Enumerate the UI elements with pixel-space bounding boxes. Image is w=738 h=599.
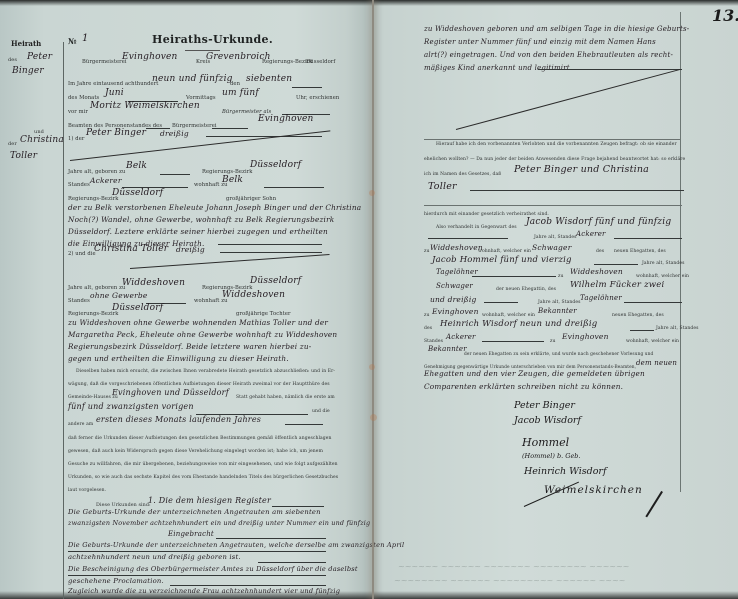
margin-heading: Heirath	[11, 39, 41, 48]
question-3: ich im Namen des Gesetzes, daß	[424, 172, 501, 177]
bride-value: Christina Toller	[94, 244, 168, 254]
witness4-relation: Bekannter	[428, 345, 467, 353]
margin-groom-prefix: des	[8, 57, 17, 63]
fill-line	[68, 551, 326, 552]
district-value: Grevenbroich	[206, 52, 271, 62]
year-label: Im Jahre eintausend achthundert	[68, 81, 158, 87]
fill-line	[472, 276, 556, 277]
procl-first-date: fünf und zwanzigsten vorigen	[68, 402, 194, 411]
witness1-spouse: neuen Ehegatten, des	[614, 249, 666, 254]
witness1-relation: Schwager	[532, 243, 572, 252]
witness3-spouse: neuen Ehegatten, des	[612, 313, 664, 318]
number-label: №	[68, 36, 77, 46]
official-value: Moritz Weimelskirchen	[90, 101, 200, 111]
bride-status-label: Standes	[68, 298, 90, 304]
fill-line	[624, 302, 682, 303]
fill-line	[594, 264, 638, 265]
time-value: um fünf	[222, 88, 259, 98]
bleed-through-text: ~~~~~~~~ ~~~~~~ ~~~~~~~~~ ~~~~~~ ~~~~	[394, 576, 625, 585]
fill-line	[272, 506, 324, 507]
bride-extra: dreißig	[176, 245, 205, 254]
couple-value-1: Peter Binger und Christina	[514, 164, 649, 175]
witness1-status: Ackerer	[576, 230, 606, 238]
municipality-label: Bürgermeisterei	[82, 59, 127, 65]
documents-item-6: Die Bescheinigung des Oberbürgermeister …	[68, 565, 358, 573]
closing-hand-3: Comparenten erklärten schreiben nicht zu…	[424, 382, 623, 391]
procl-6: daß ferner die Urkunden dieser Aufbietun…	[68, 436, 332, 441]
witness3-age: und dreißig	[430, 295, 476, 304]
fill-line	[424, 205, 682, 206]
fill-line	[212, 128, 248, 129]
day-value: siebenten	[246, 74, 292, 84]
procl-3: Gemeinde-Hauses zu	[68, 395, 118, 400]
procl-2: wägung, daß die vorgeschriebenen öffentl…	[68, 382, 330, 387]
register-book: Heirath des Peter Binger und der Christi…	[0, 0, 738, 599]
before-label: vor mir	[68, 109, 88, 115]
procl-3b: Statt gehabt haben, nämlich die erste am	[236, 395, 335, 400]
groom-value: Peter Binger	[86, 128, 146, 138]
witness1-at: zu	[424, 249, 429, 254]
groom-status-label: Standes	[68, 182, 90, 188]
procl-1: Dieselben haben mich ersucht, die zwisch…	[76, 369, 335, 374]
witness-intro: Also verhandelt in Gegenwart des	[436, 225, 517, 230]
signature-witness-1: Jacob Wisdorf	[514, 415, 581, 426]
groom-parents-1: der zu Belk verstorbenen Eheleute Johann…	[68, 202, 361, 214]
procl-places: Evinghoven und Düsseldorf	[112, 388, 229, 397]
fill-line	[170, 585, 326, 586]
documents-item-4: Die Geburts-Urkunde der unterzeichneten …	[68, 541, 404, 549]
bride-region2-value: Düsseldorf	[112, 303, 163, 313]
fill-line	[68, 575, 326, 576]
margin-bride-first: Christina	[20, 135, 64, 145]
closing-hand-2: Ehegatten und den vier Zeugen, die gemel…	[424, 369, 645, 378]
witness4-at: zu	[550, 339, 555, 344]
margin-groom-last: Binger	[12, 66, 44, 76]
bride-parents-4: gegen und ertheilten die Einwilligung zu…	[68, 353, 289, 365]
signature-witness-4: Heinrich Wisdorf	[524, 466, 606, 477]
documents-item-5: achtzehnhundert neun und dreißig geboren…	[68, 553, 241, 561]
fill-line	[285, 424, 323, 425]
witness1-relation-suffix: des	[596, 249, 604, 254]
witness4-status-label: Standes	[424, 339, 443, 344]
bride-parents-3: Regierungsbezirk Düsseldorf. Beide letzt…	[68, 341, 311, 353]
fill-line	[428, 238, 508, 239]
closing-hand-1: dem neuen	[636, 359, 677, 367]
witness2-name: Jacob Hommel fünf und vierzig	[432, 255, 572, 265]
bleed-through-text: ~~~~~~ ~~~~~~ ~~~~~~~ ~~~~~~~~ ~~~~~~	[398, 562, 629, 571]
continuation-3: alrt(?) eingetragen. Und von den beiden …	[424, 51, 673, 59]
region-label: Regierungs-Bezirk	[262, 59, 313, 65]
number-value: 1	[82, 33, 89, 44]
witness4-status: Ackerer	[446, 333, 476, 341]
signature-witness-2: Hommel	[522, 436, 569, 449]
witness2-at: zu	[558, 274, 563, 279]
time-suffix: Uhr, erschienen	[296, 95, 339, 101]
title-ornament	[185, 50, 220, 51]
right-margin-rule	[680, 12, 681, 492]
witness1-age-label: Jahre alt, Standes	[534, 235, 577, 240]
procl-8: Gesuche zu willfahren, die mir übergeben…	[68, 462, 338, 467]
bride-parents-1: zu Widdeshoven ohne Gewerbe wohnenden Ma…	[68, 317, 328, 329]
fill-line	[484, 302, 518, 303]
bride-residence-value: Widdeshoven	[222, 290, 285, 300]
bride-birthplace: Widdeshoven	[122, 278, 185, 288]
fill-line	[630, 330, 654, 331]
groom-status-value: Ackerer	[90, 176, 122, 185]
fill-line	[470, 190, 684, 191]
procl-10: laut vorgelesen.	[68, 488, 106, 493]
procl-5: andere am	[68, 422, 93, 427]
groom-birthplace: Belk	[126, 161, 147, 171]
question-1: Hierauf habe ich den vorbenannten Verlob…	[436, 142, 677, 147]
margin-bride-prefix: der	[8, 141, 17, 147]
signature-flourish	[645, 491, 662, 517]
fill-line	[538, 69, 682, 70]
witness3-name: Wilhelm Fücker zwei	[570, 280, 664, 290]
page-number: 13.	[712, 6, 738, 25]
fill-line	[160, 174, 190, 175]
witness4-name: Heinrich Wisdorf neun und dreißig	[440, 319, 597, 329]
bride-status-value: ohne Gewerbe	[90, 291, 148, 300]
documents-intro: 1. Die dem hiesigen Register	[148, 496, 271, 505]
continuation-2: Register unter Nummer fünf und einzig mi…	[424, 38, 656, 46]
month-value: Juni	[105, 88, 124, 98]
groom-extra: dreißig	[160, 129, 189, 138]
continuation-4: mäßiges Kind anerkannt und legitimirt.	[424, 64, 572, 72]
question-2: ehelichen wollten? — Da nun jeder der be…	[424, 157, 685, 162]
documents-item-1: Die Geburts-Urkunde der unterzeichneten …	[68, 508, 321, 516]
bride-label: 2) und die	[68, 251, 96, 257]
groom-region2-value: Düsseldorf	[112, 188, 163, 198]
office-place: Evinghoven	[258, 114, 314, 124]
documents-item-2: zwanzigsten November achtzehnhundert ein…	[68, 519, 370, 527]
fill-line	[482, 341, 544, 342]
margin-rule	[63, 42, 64, 599]
fill-line	[424, 139, 680, 140]
fill-line	[258, 562, 326, 563]
witness2-resident: wohnhaft, welcher ein	[636, 274, 689, 279]
witness4-resident: wohnhaft, welcher ein	[626, 339, 679, 344]
fill-line	[614, 238, 682, 239]
witness2-age-label: Jahre alt, Standes	[642, 261, 685, 266]
signature-witness-2-note: (Hommel) b. Geb.	[522, 452, 581, 460]
procl-4: und die	[312, 409, 330, 414]
municipality-value: Evinghoven	[122, 52, 178, 62]
witness3-place: Evinghoven	[432, 307, 479, 316]
cancel-stroke	[456, 69, 680, 130]
groom-parents-3: Düsseldorf. Leztere erklärte seiner hier…	[68, 226, 328, 238]
groom-age-label: Jahre alt, geboren zu	[68, 169, 125, 175]
witness3-intro: der neuen Ehegattin, des	[496, 287, 556, 292]
couple-value-2: Toller	[428, 181, 457, 192]
documents-item-3: Eingebracht	[168, 530, 214, 538]
fill-line	[218, 244, 322, 245]
groom-label: 1) der	[68, 136, 84, 142]
witness4-prefix: des	[424, 326, 432, 331]
year-value: neun und fünfzig	[152, 74, 233, 84]
groom-parents-2: Noch(?) Wandel, ohne Gewerbe, wohnhaft z…	[68, 214, 334, 226]
witness3-age-label: Jahre alt, Standes	[538, 300, 581, 305]
documents-item-7: geschehene Proclamation.	[68, 577, 164, 585]
groom-residence-value: Belk	[222, 175, 243, 185]
groom-region-value: Düsseldorf	[250, 160, 301, 170]
witness1-name: Jacob Wisdorf fünf und fünfzig	[526, 217, 671, 227]
margin-groom-first: Peter	[27, 52, 52, 62]
procl-second-date: ersten dieses Monats laufenden Jahres	[96, 415, 261, 424]
left-page: Heirath des Peter Binger und der Christi…	[0, 0, 372, 599]
cancel-stroke	[130, 254, 330, 269]
document-title: Heiraths-Urkunde.	[152, 33, 273, 46]
signature-groom: Peter Binger	[514, 400, 575, 411]
right-page: 13. zu Widdeshoven geboren und am selbig…	[374, 0, 738, 599]
witness1-place: Widdeshoven	[430, 243, 483, 252]
witness3-at: zu	[424, 313, 429, 318]
bride-parents-2: Margaretha Peck, Eheleute ohne Gewerbe w…	[68, 329, 337, 341]
witness2-status: Tagelöhner	[436, 268, 478, 276]
margin-bride-last: Toller	[10, 151, 37, 161]
region-value: Düsseldorf	[306, 59, 335, 65]
documents-item-8: Zugleich wurde die zu verzeichnende Frau…	[68, 587, 340, 595]
witness3-status: Tagelöhner	[580, 294, 622, 302]
closing-1: der neuen Ehegatten zu sein erklärte, un…	[464, 352, 653, 357]
bride-region-value: Düsseldorf	[250, 276, 301, 286]
witness2-relation: Schwager	[436, 282, 473, 290]
witness2-place: Widdeshoven	[570, 267, 623, 276]
witness4-place: Evinghoven	[562, 332, 609, 341]
fill-line	[292, 87, 322, 88]
witness1-resident: wohnhaft, welcher ein	[478, 249, 531, 254]
fill-line	[220, 252, 322, 253]
procl-9: Urkunden, so wie auch das sechste Kapite…	[68, 475, 338, 480]
witness3-resident: wohnhaft, welcher ein	[482, 313, 535, 318]
continuation-1: zu Widdeshoven geboren und am selbigen T…	[424, 25, 689, 33]
procl-7: gewesen, daß auch kein Widerspruch gegen…	[68, 449, 323, 454]
fill-line	[216, 538, 326, 539]
fill-line	[264, 187, 324, 188]
day-label: den	[230, 81, 240, 87]
witness3-relation: Bekannter	[538, 307, 577, 315]
witness4-age-label: Jahre alt, Standes	[656, 326, 699, 331]
